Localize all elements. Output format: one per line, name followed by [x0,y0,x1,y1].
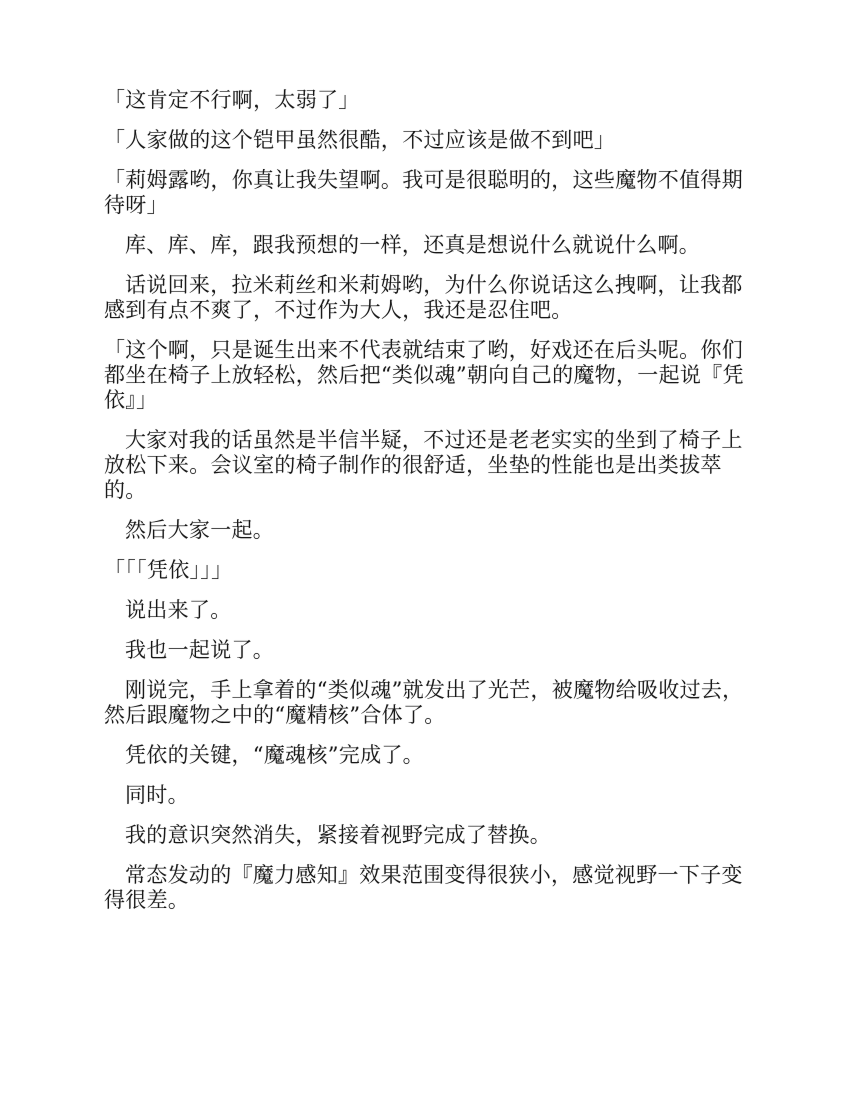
paragraph-narration-8: 凭依的关键，“魔魂核”完成了。 [104,743,746,768]
paragraph-narration-9: 同时。 [104,783,746,808]
paragraph-narration-10: 我的意识突然消失，紧接着视野完成了替换。 [104,823,746,848]
paragraph-dialogue-4: 「这个啊，只是诞生出来不代表就结束了哟，好戏还在后头呢。你们都坐在椅子上放轻松，… [104,338,746,413]
paragraph-narration-6: 我也一起说了。 [104,638,746,663]
paragraph-narration-11: 常态发动的『魔力感知』效果范围变得很狭小，感觉视野一下子变得很差。 [104,863,746,913]
paragraph-narration-7: 刚说完，手上拿着的“类似魂”就发出了光芒，被魔物给吸收过去，然后跟魔物之中的“魔… [104,678,746,728]
paragraph-narration-2: 话说回来，拉米莉丝和米莉姆哟，为什么你说话这么拽啊，让我都感到有点不爽了，不过作… [104,273,746,323]
paragraph-dialogue-2: 「人家做的这个铠甲虽然很酷，不过应该是做不到吧」 [104,128,746,153]
paragraph-narration-3: 大家对我的话虽然是半信半疑，不过还是老老实实的坐到了椅子上放松下来。会议室的椅子… [104,428,746,503]
paragraph-narration-1: 库、库、库，跟我预想的一样，还真是想说什么就说什么啊。 [104,233,746,258]
paragraph-narration-5: 说出来了。 [104,598,746,623]
paragraph-dialogue-1: 「这肯定不行啊，太弱了」 [104,88,746,113]
paragraph-narration-4: 然后大家一起。 [104,518,746,543]
paragraph-dialogue-5: 「「「凭依」」」 [104,558,746,583]
document-page: 「这肯定不行啊，太弱了」 「人家做的这个铠甲虽然很酷，不过应该是做不到吧」 「莉… [104,88,746,928]
paragraph-dialogue-3: 「莉姆露哟，你真让我失望啊。我可是很聪明的，这些魔物不值得期待呀」 [104,168,746,218]
